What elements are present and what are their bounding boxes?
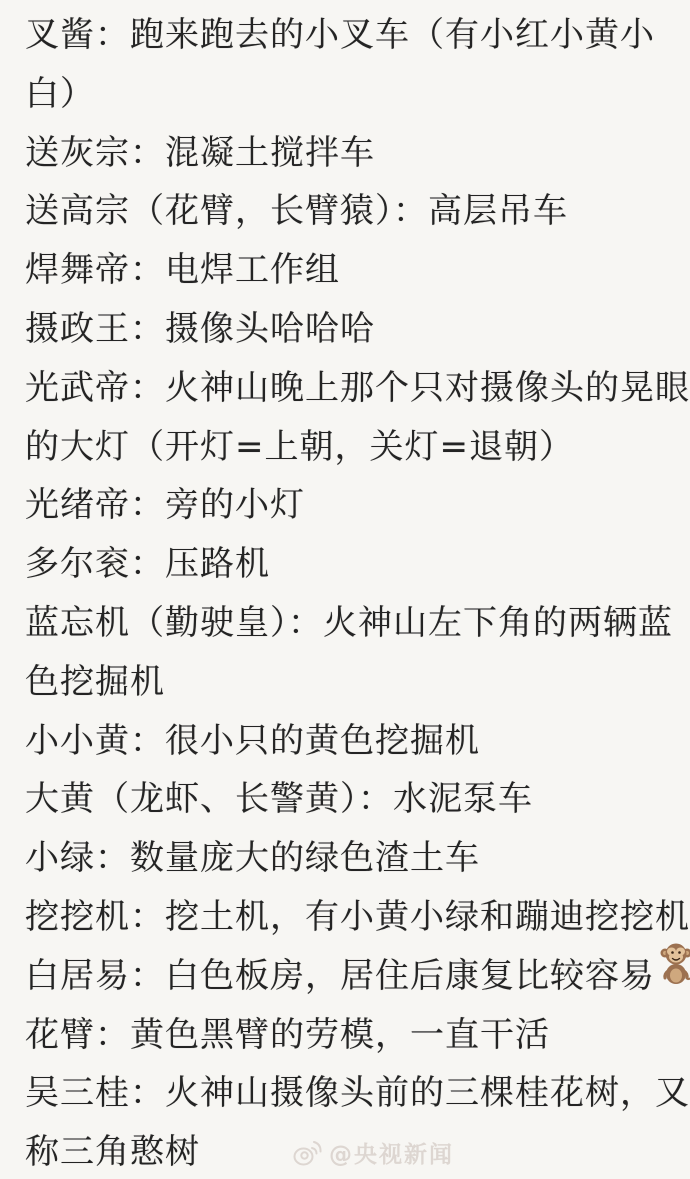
watermark-handle: @央视新闻: [329, 1136, 454, 1169]
text-line: 蓝忘机（勤驶皇）：火神山左下角的两辆蓝: [0, 594, 690, 653]
line-text: 小绿：数量庞大的绿色渣土车: [25, 838, 480, 878]
line-text: 色挖掘机: [25, 662, 165, 702]
text-line: 光绪帝：旁的小灯: [0, 476, 690, 535]
text-line: 送高宗（花臂，长臂猿）：高层吊车: [0, 182, 690, 241]
line-text: 大黄（龙虾、长警黄）：水泥泵车: [25, 779, 533, 819]
text-line: 光武帝：火神山晚上那个只对摄像头的晃眼: [0, 359, 690, 418]
text-line: 白）: [0, 65, 690, 124]
line-text: 吴三桂：火神山摄像头前的三棵桂花树，又: [25, 1073, 690, 1113]
text-line: 的大灯（开灯=上朝，关灯=退朝）: [0, 418, 690, 477]
line-text: 送灰宗：混凝土搅拌车: [25, 133, 375, 173]
text-line: 摄政王：摄像头哈哈哈: [0, 300, 690, 359]
line-text: 的大灯（开灯=上朝，关灯=退朝）: [25, 427, 574, 467]
text-line: 大黄（龙虾、长警黄）：水泥泵车: [0, 770, 690, 829]
line-text: 称三角憨树: [25, 1132, 200, 1172]
text-line: 焊舞帝：电焊工作组: [0, 241, 690, 300]
text-line: 白居易：白色板房，居住后康复比较容易: [0, 947, 690, 1006]
line-text: 焊舞帝：电焊工作组: [25, 250, 340, 290]
line-text: 光绪帝：旁的小灯: [25, 485, 305, 525]
weibo-watermark: @央视新闻: [292, 1136, 454, 1169]
text-line: 小绿：数量庞大的绿色渣土车: [0, 829, 690, 888]
text-line: 花臂：黄色黑臂的劳模，一直干活: [0, 1006, 690, 1065]
line-text: 摄政王：摄像头哈哈哈: [25, 309, 375, 349]
weibo-logo-icon: [292, 1139, 322, 1167]
line-text: 叉酱：跑来跑去的小叉车（有小红小黄小: [25, 15, 655, 55]
text-line: 挖挖机：挖土机，有小黄小绿和蹦迪挖挖机: [0, 888, 690, 947]
line-text: 蓝忘机（勤驶皇）：火神山左下角的两辆蓝: [25, 603, 673, 643]
line-text: 白居易：白色板房，居住后康复比较容易: [25, 956, 655, 996]
line-text: 送高宗（花臂，长臂猿）：高层吊车: [25, 191, 568, 231]
text-line: 叉酱：跑来跑去的小叉车（有小红小黄小: [0, 6, 690, 65]
line-text: 小小黄：很小只的黄色挖掘机: [25, 721, 480, 761]
text-document: 叉酱：跑来跑去的小叉车（有小红小黄小 白） 送灰宗：混凝土搅拌车 送高宗（花臂，…: [0, 0, 690, 1179]
line-text: 多尔衮：压路机: [25, 544, 270, 584]
monkey-emoji-icon: [657, 941, 690, 1006]
line-text: 白）: [25, 74, 95, 114]
text-line: 小小黄：很小只的黄色挖掘机: [0, 712, 690, 771]
text-line: 送灰宗：混凝土搅拌车: [0, 124, 690, 183]
text-line: 吴三桂：火神山摄像头前的三棵桂花树，又: [0, 1064, 690, 1123]
line-text: 挖挖机：挖土机，有小黄小绿和蹦迪挖挖机: [25, 897, 690, 937]
text-line: 多尔衮：压路机: [0, 535, 690, 594]
line-text: 光武帝：火神山晚上那个只对摄像头的晃眼: [25, 368, 690, 408]
line-text: 花臂：黄色黑臂的劳模，一直干活: [25, 1015, 550, 1055]
text-line: 色挖掘机: [0, 653, 690, 712]
